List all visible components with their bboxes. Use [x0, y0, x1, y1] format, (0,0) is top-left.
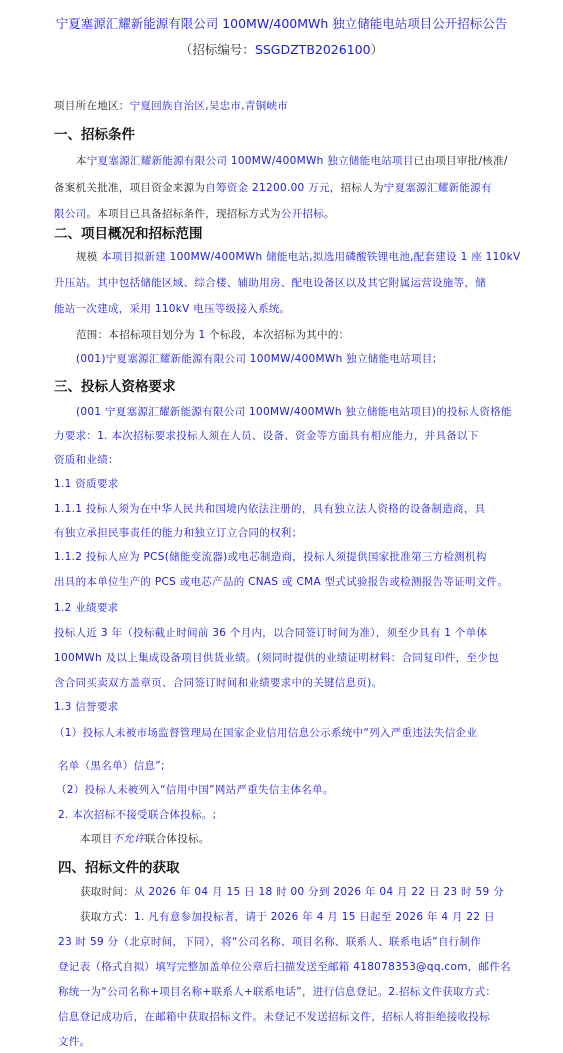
section-1-line-2: 备案机关批准，项目资金来源为自筹资金 21200.00 万元，招标人为宁夏塞源汇…	[54, 180, 492, 195]
text: 已由项目审批/核准/	[414, 155, 508, 167]
tenderer-name-cont: 限公司	[54, 208, 86, 220]
scale-line-1: 规模 本项目拟新建 100MW/400MWh 储能电站,拟选用磷酸铁锂电池,配套…	[76, 249, 520, 264]
text: 范围：本招标项目划分为	[76, 329, 198, 341]
credit-item-1-line-1: （1）投标人未被市场监督管理局在国家企业信用信息公示系统中“列入严重违法失信企业	[54, 725, 477, 740]
credit-heading: 1.3 信誉要求	[54, 699, 118, 714]
lot-item: (001)宁夏塞源汇耀新能源有限公司 100MW/400MWh 独立储能电站项目…	[76, 351, 436, 366]
qualification-1-1-1-line-2: 有独立承担民事责任的能力和独立订立合同的权利；	[54, 525, 302, 540]
consortium-policy: 2. 本次招标不接受联合体投标。;	[58, 807, 217, 822]
section-1-line-3: 限公司。本项目已具备招标条件，现招标方式为公开招标。	[54, 206, 335, 221]
consortium-note: 本项目不允许联合体投标。	[80, 831, 210, 846]
time-label: 获取时间：	[80, 886, 134, 898]
section-3-heading: 三、投标人资格要求	[54, 375, 176, 395]
acquisition-method-line-2: 23 时 59 分（北京时间，下同），将“公司名称、项目名称、联系人、联系电话”…	[58, 934, 481, 949]
performance-line-3: 含合同买卖双方盖章页、合同签订时间和业绩要求中的关键信息页)。	[54, 675, 382, 690]
qualification-1-1-1-line-1: 1.1.1 投标人须为在中华人民共和国境内依法注册的，具有独立法人资格的设备制造…	[54, 501, 485, 516]
performance-heading: 1.2 业绩要求	[54, 600, 118, 615]
tender-code: SSGDZTB2026100	[255, 42, 371, 57]
text: 。本项目已具备招标条件，现招标方式为	[86, 208, 280, 220]
method-text: 1. 凡有意参加投标者，请于 2026 年 4 月 15 日起至 2026 年 …	[134, 911, 495, 923]
location-value: 宁夏回族自治区,吴忠市,青铜峡市	[130, 100, 288, 112]
project-location: 项目所在地区：宁夏回族自治区,吴忠市,青铜峡市	[54, 98, 288, 113]
section-4-heading: 四、招标文件的获取	[58, 856, 180, 876]
text: 备案机关批准，项目资金来源为	[54, 182, 205, 194]
time-value: 从 2026 年 04 月 15 日 18 时 00 分到 2026 年 04 …	[134, 886, 504, 898]
qualification-intro-2: 力要求：1. 本次招标要求投标人须在人员、设备、资金等方面具有相应能力，并具备以…	[54, 428, 479, 443]
acquisition-time: 获取时间：从 2026 年 04 月 15 日 18 时 00 分到 2026 …	[80, 884, 504, 899]
text: 联合体投标。	[145, 833, 210, 845]
project-name: 宁夏塞源汇耀新能源有限公司 100MW/400MWh 独立储能电站项目	[87, 155, 414, 167]
tenderer-name: 宁夏塞源汇耀新能源有	[384, 182, 492, 194]
credit-item-1-line-2: 名单（黑名单）信息”;	[58, 758, 165, 773]
text: 个标段，本次招标为其中的：	[205, 329, 349, 341]
qualification-1-1-2-line-2: 出具的本单位生产的 PCS 或电芯产品的 CNAS 或 CMA 型式试验报告或检…	[54, 574, 508, 589]
acquisition-method-line-1: 获取方式：1. 凡有意参加投标者，请于 2026 年 4 月 15 日起至 20…	[80, 909, 495, 924]
method-label: 获取方式：	[80, 911, 134, 923]
tender-code-line: （招标编号：SSGDZTB2026100）	[0, 40, 563, 58]
tender-code-suffix: ）	[371, 42, 384, 57]
scale-line-3: 能站一次建成，采用 110kV 电压等级接入系统。	[54, 301, 290, 316]
tender-method: 公开招标	[281, 208, 324, 220]
qualification-1-1-2-line-1: 1.1.2 投标人应为 PCS(储能变流器)或电芯制造商，投标人须提供国家批准第…	[54, 549, 487, 564]
tender-code-prefix: （招标编号：	[180, 42, 255, 57]
performance-line-1: 投标人近 3 年（投标截止时间前 36 个月内，以合同签订时间为准），须至少具有…	[54, 625, 487, 640]
section-2-heading: 二、项目概况和招标范围	[54, 222, 203, 242]
qualification-heading: 1.1 资质要求	[54, 476, 118, 491]
text: 本项目	[80, 833, 112, 845]
section-1-heading: 一、招标条件	[54, 123, 135, 143]
not-allowed-emphasis: 不允许	[112, 833, 144, 845]
funding-source: 自筹资金 21200.00 万元	[205, 182, 330, 194]
qualification-intro-1: (001 宁夏塞源汇耀新能源有限公司 100MW/400MWh 独立储能电站项目…	[76, 404, 512, 419]
section-1-line-1: 本宁夏塞源汇耀新能源有限公司 100MW/400MWh 独立储能电站项目已由项目…	[76, 153, 508, 168]
acquisition-method-line-5: 信息登记成功后，在邮箱中获取招标文件。未登记不发送招标文件，招标人将拒绝接收投标	[58, 1009, 490, 1024]
scale-label: 规模	[76, 251, 98, 263]
credit-item-2: （2）投标人未被列入“信用中国”网站严重失信主体名单。	[56, 782, 334, 797]
performance-line-2: 100MWh 及以上集成设备项目供货业绩。(须同时提供的业绩证明材料：合同复印件…	[54, 650, 499, 665]
scale-line-2: 升压站。其中包括储能区域、综合楼、辅助用房、配电设备区以及其它附属运营设施等，储	[54, 275, 486, 290]
text: 。	[324, 208, 335, 220]
location-label: 项目所在地区：	[54, 100, 130, 112]
qualification-intro-3: 资质和业绩：	[54, 452, 119, 467]
document-title: 宁夏塞源汇耀新能源有限公司 100MW/400MWh 独立储能电站项目公开招标公…	[0, 14, 563, 32]
acquisition-method-line-6: 文件。	[58, 1034, 90, 1049]
scope-line: 范围：本招标项目划分为 1 个标段，本次招标为其中的：	[76, 327, 349, 342]
acquisition-method-line-4: 称统一为“公司名称+项目名称+联系人+联系电话”，进行信息登记。2.招标文件获取…	[58, 984, 496, 999]
acquisition-method-line-3: 登记表（格式自拟）填写完整加盖单位公章后扫描发送至邮箱 418078353@qq…	[58, 959, 511, 974]
text: 本	[76, 155, 87, 167]
scale-text: 本项目拟新建 100MW/400MWh 储能电站,拟选用磷酸铁锂电池,配套建设 …	[101, 251, 520, 263]
text: ，招标人为	[330, 182, 384, 194]
